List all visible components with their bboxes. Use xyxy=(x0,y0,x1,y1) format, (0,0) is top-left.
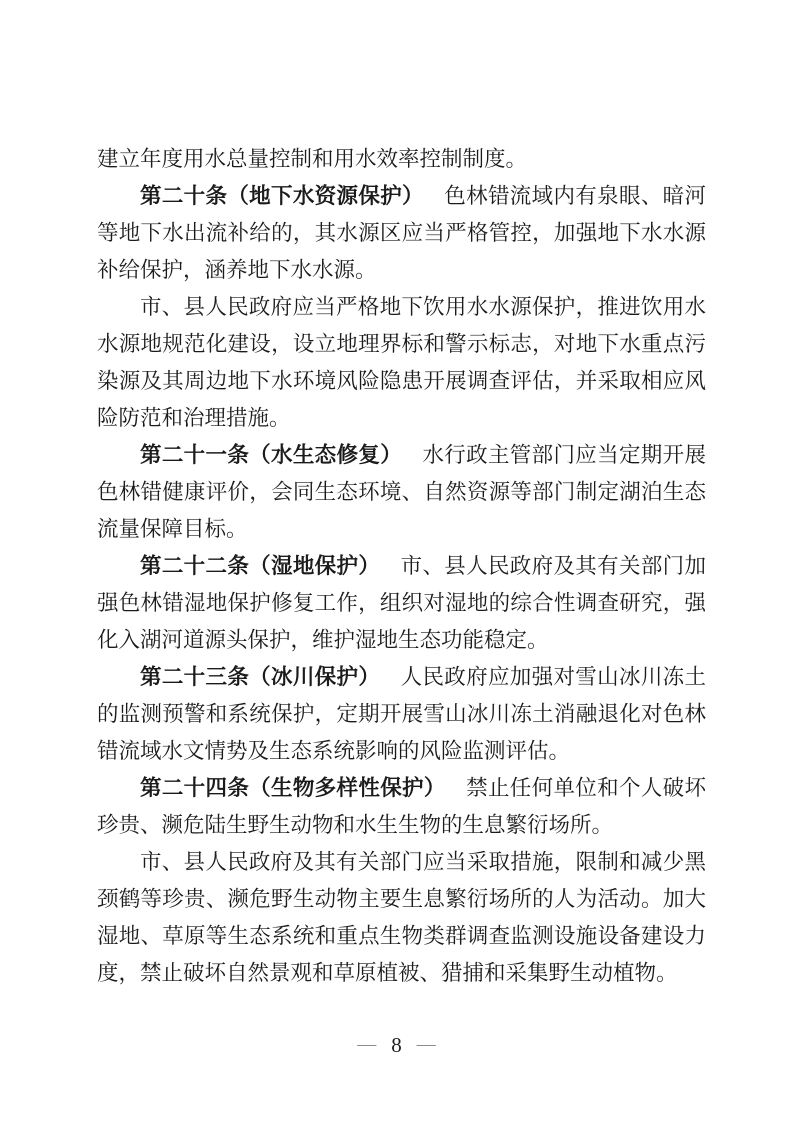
footer-dash-left: — xyxy=(357,1034,376,1055)
page-footer: —8— xyxy=(0,1032,793,1058)
paragraph: 建立年度用水总量控制和用水效率控制制度。 xyxy=(97,141,706,178)
paragraph-text: 市、县人民政府及其有关部门应当采取措施，限制和减少黑颈鹤等珍贵、濒危野生动物主要… xyxy=(97,850,706,985)
document-page: 建立年度用水总量控制和用水效率控制制度。第二十条（地下水资源保护）色林错流域内有… xyxy=(0,0,793,1122)
paragraph: 市、县人民政府及其有关部门应当采取措施，限制和减少黑颈鹤等珍贵、濒危野生动物主要… xyxy=(97,844,706,992)
paragraph-text: 市、县人民政府应当严格地下饮用水水源保护，推进饮用水水源地规范化建设，设立地理界… xyxy=(97,295,706,430)
article-heading: 第二十二条（湿地保护） xyxy=(140,554,380,578)
paragraph: 第二十四条（生物多样性保护）禁止任何单位和个人破坏珍贵、濒危陆生野生动物和水生生… xyxy=(97,770,706,844)
footer-dash-right: — xyxy=(417,1034,436,1055)
paragraph: 第二十二条（湿地保护）市、县人民政府及其有关部门加强色林错湿地保护修复工作，组织… xyxy=(97,548,706,659)
article-heading: 第二十三条（冰川保护） xyxy=(140,665,380,689)
page-number: 8 xyxy=(391,1032,402,1058)
article-heading: 第二十四条（生物多样性保护） xyxy=(140,776,446,800)
paragraph-text: 建立年度用水总量控制和用水效率控制制度。 xyxy=(97,147,527,171)
document-body: 建立年度用水总量控制和用水效率控制制度。第二十条（地下水资源保护）色林错流域内有… xyxy=(97,141,706,992)
paragraph: 市、县人民政府应当严格地下饮用水水源保护，推进饮用水水源地规范化建设，设立地理界… xyxy=(97,289,706,437)
paragraph: 第二十一条（水生态修复）水行政主管部门应当定期开展色林错健康评价，会同生态环境、… xyxy=(97,437,706,548)
article-heading: 第二十条（地下水资源保护） xyxy=(140,184,424,208)
paragraph: 第二十三条（冰川保护）人民政府应加强对雪山冰川冻土的监测预警和系统保护，定期开展… xyxy=(97,659,706,770)
paragraph: 第二十条（地下水资源保护）色林错流域内有泉眼、暗河等地下水出流补给的，其水源区应… xyxy=(97,178,706,289)
article-heading: 第二十一条（水生态修复） xyxy=(140,443,402,467)
